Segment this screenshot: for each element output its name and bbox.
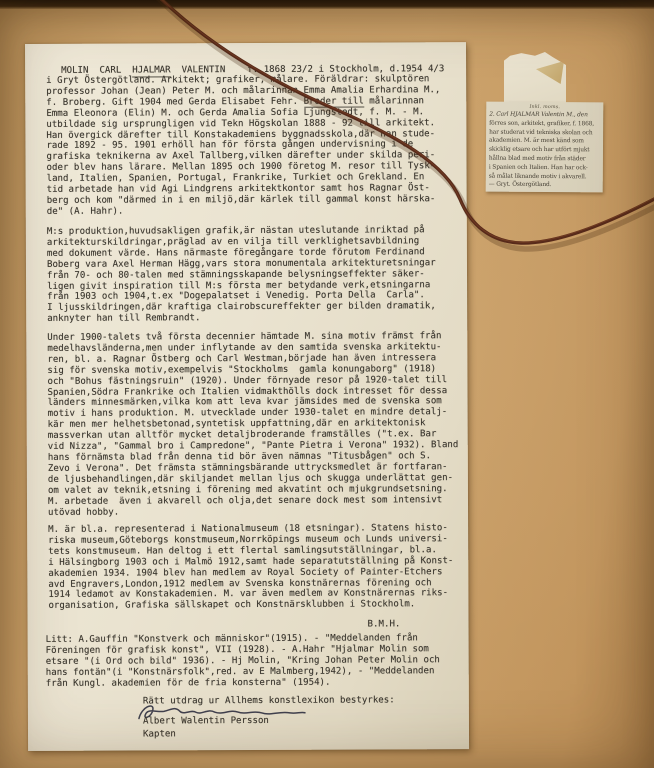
lexicon-clipping-label: Inkl. moms. 2. Carl HJALMAR Valentin M.,… bbox=[486, 102, 604, 193]
clipping-line: i Spanien och Italien. Han har ock- bbox=[489, 163, 603, 173]
literature-references: Litt: A.Gauffin "Konstverk och människor… bbox=[46, 633, 440, 689]
author-initials: B.M.H. bbox=[368, 619, 401, 630]
typed-paragraph-motifs: Under 1900-talets två första decennier h… bbox=[47, 331, 458, 518]
typed-paragraph-biography: i Gryt Östergötland. Arkitekt; grafiker,… bbox=[46, 74, 441, 217]
clipping-line: förres son, arkitekt, grafiker, f. 1868, bbox=[489, 119, 603, 129]
photo-of-frame-back: Inkl. moms. 2. Carl HJALMAR Valentin M.,… bbox=[0, 0, 654, 768]
typed-paragraph-production: M:s produktion,huvudsakligen grafik,är n… bbox=[47, 225, 436, 325]
folded-corner bbox=[536, 60, 564, 84]
torn-paper-tab bbox=[504, 52, 566, 106]
signed-name: Albert Walentin Persson bbox=[143, 716, 269, 727]
typed-paragraph-museums: M. är bl.a. representerad i Nationalmuse… bbox=[48, 523, 454, 612]
clipping-line: — Gryt. Östergötland. bbox=[489, 181, 603, 191]
signed-title: Kapten bbox=[143, 729, 176, 740]
frame-edge-shadow bbox=[0, 0, 654, 9]
typewritten-document: MOLIN CARL HJALMAR VALENTIN f. 1868 23/2… bbox=[25, 42, 469, 751]
